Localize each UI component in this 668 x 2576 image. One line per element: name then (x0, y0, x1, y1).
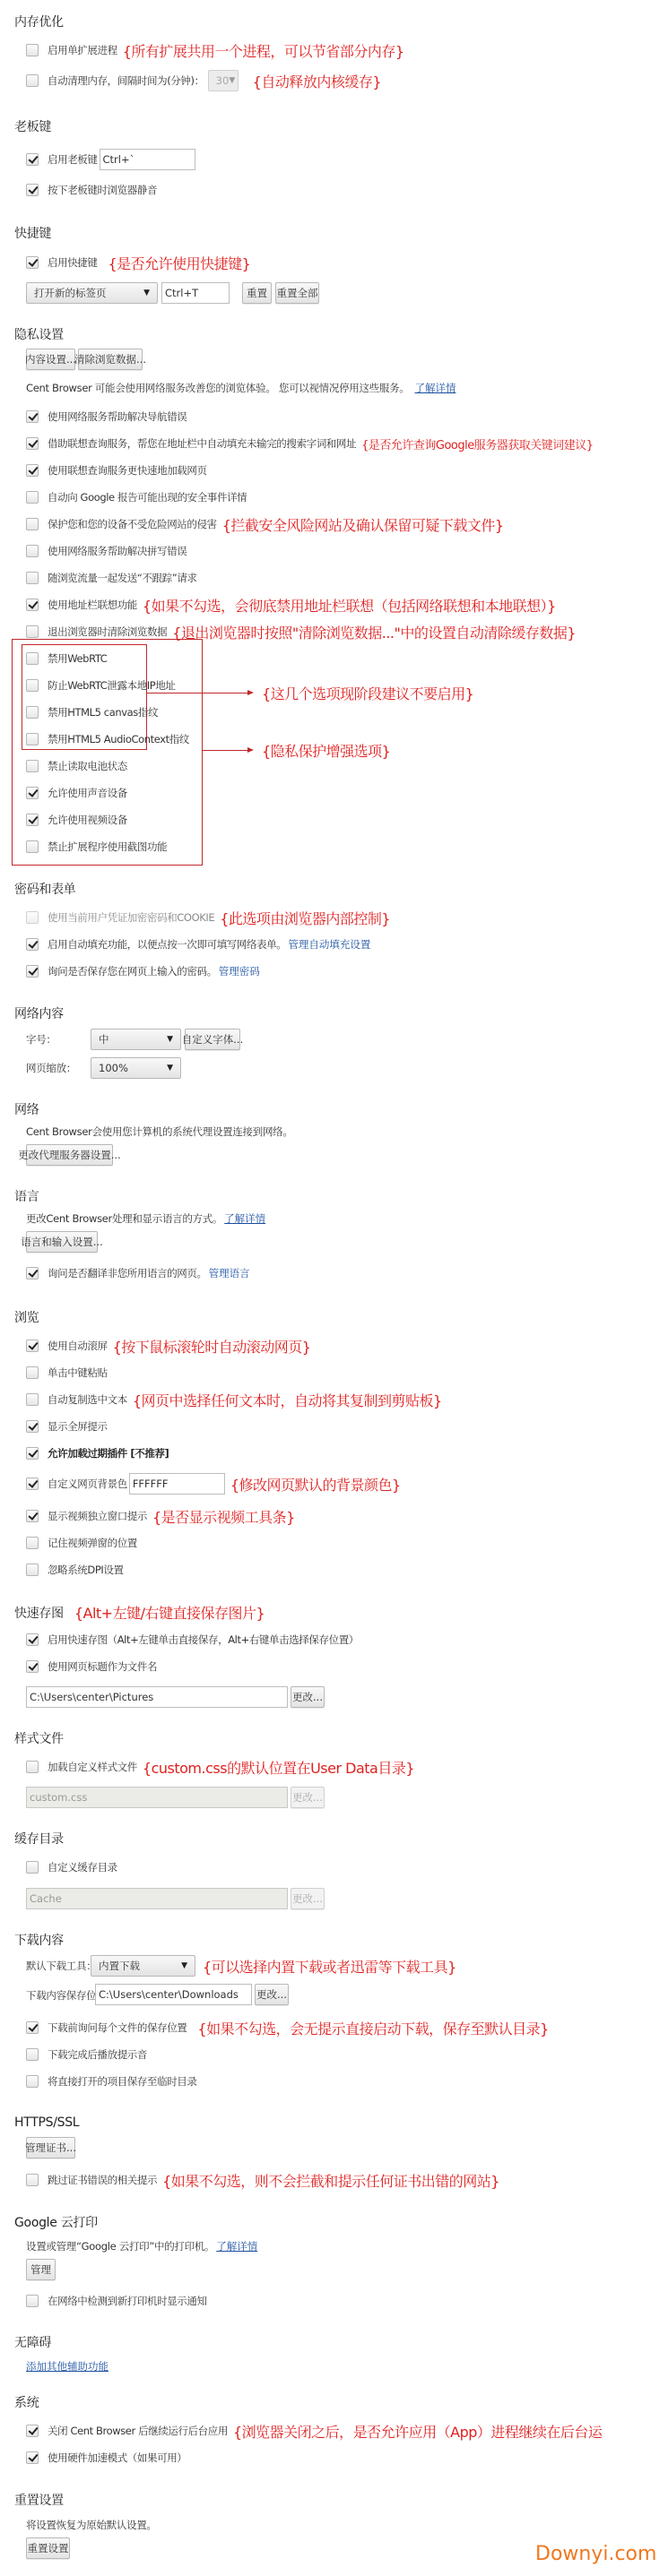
checkbox[interactable] (26, 256, 39, 269)
option-label: 启用老板键 (48, 152, 98, 167)
checkbox[interactable] (26, 814, 39, 826)
section-title-memory: 内存优化 (14, 13, 64, 30)
font-size-controls: 中▼ 自定义字体... (91, 1029, 240, 1050)
boss-key-mute-option[interactable]: 按下老板键时浏览器静音 (26, 181, 157, 199)
option-label: 自动清理内存，间隔时间为(分钟)： (48, 73, 204, 88)
annotation: {按下鼠标滚轮时自动滚动网页} (113, 1336, 311, 1357)
section-title-accessibility: 无障碍 (14, 2333, 51, 2351)
checkbox[interactable] (26, 2021, 39, 2034)
section-title-downloads: 下载内容 (14, 1931, 64, 1949)
checkbox[interactable] (26, 787, 39, 799)
download-tool-select[interactable]: 内置下载▼ (91, 1955, 195, 1977)
browsing-option[interactable]: 忽略系统DPI设置 (26, 1561, 124, 1579)
enhanced-privacy-option[interactable]: 允许使用视频设备 (26, 811, 127, 829)
browsing-option[interactable]: 显示视频独立窗口提示{是否显示视频工具条} (26, 1507, 295, 1525)
arrow-right-icon (247, 747, 254, 753)
network-description: Cent Browser会使用您计算机的系统代理设置连接到网络。 (26, 1124, 293, 1139)
checkbox[interactable] (26, 464, 39, 477)
quick-save-path-row: C:\Users\center\Pictures 更改... (26, 1686, 325, 1708)
manage-autofill-link[interactable]: 管理自动填充设置 (288, 937, 370, 952)
skip-cert-errors-option[interactable]: 跳过证书错误的相关提示{如果不勾选，则不会拦截和提示任何证书出错的网站} (26, 2171, 499, 2189)
browsing-option[interactable]: 自动复制选中文本{网页中选择任何文本时，自动将其复制到剪贴板} (26, 1391, 442, 1409)
hardware-acceleration-option[interactable]: 使用硬件加速模式（如果可用） (26, 2449, 187, 2467)
download-location-row: C:\Users\center\Downloads 更改... (95, 1984, 289, 2005)
chevron-down-icon: ▼ (167, 1035, 173, 1044)
checkbox[interactable] (26, 2048, 39, 2061)
browsing-option[interactable]: 单击中键粘贴 (26, 1364, 108, 1382)
shortcut-editor: 打开新的标签页▼ Ctrl+T 重置 重置全部 (26, 282, 319, 304)
privacy-description: Cent Browser 可能会使用网络服务改善您的浏览体验。 您可以视情况停用… (26, 381, 455, 395)
annotation: {是否显示视频工具条} (152, 1506, 295, 1527)
annotation: {如果不勾选，则不会拦截和提示任何证书出错的网站} (162, 2170, 499, 2191)
checkbox[interactable] (26, 1660, 39, 1673)
quick-save-path-input[interactable]: C:\Users\center\Pictures (26, 1686, 288, 1708)
checkbox[interactable] (26, 1510, 39, 1522)
checkbox[interactable] (26, 410, 39, 423)
checkbox[interactable] (26, 1420, 39, 1433)
proxy-settings-button[interactable]: 更改代理服务器设置... (26, 1144, 113, 1166)
style-path-input[interactable]: custom.css (26, 1787, 288, 1808)
cloud-print-description: 设置或管理“Google 云打印”中的打印机。了解详情 (26, 2239, 257, 2253)
annotation: {修改网页默认的背景颜色} (230, 1474, 401, 1495)
autofill-option[interactable]: 启用自动填充功能，以便点按一次即可填写网络表单。 管理自动填充设置 (26, 935, 370, 953)
checkbox[interactable] (26, 2295, 39, 2307)
annotation: {是否允许查询Google服务器获取关键词建议} (361, 435, 593, 452)
privacy-option[interactable]: 使用联想查询服务更快速地加载网页 (26, 461, 207, 479)
annotation: {custom.css的默认位置在User Data目录} (143, 1757, 414, 1778)
ask-download-location-option[interactable]: 下载前询问每个文件的保存位置{如果不勾选，会无提示直接启动下载，保存至默认目录} (26, 2019, 549, 2037)
section-title-cache-dir: 缓存目录 (14, 1830, 64, 1848)
annotation: {这几个选项现阶段建议不要启用} (262, 683, 473, 703)
checkbox[interactable] (26, 74, 39, 87)
download-sound-option[interactable]: 下载完成后播放提示音 (26, 2046, 147, 2063)
single-extension-process-option[interactable]: 启用单扩展进程 {所有扩展共用一个进程，可以节省部分内存} (26, 41, 404, 59)
add-accessibility-features-link[interactable]: 添加其他辅助功能 (26, 2359, 108, 2374)
checkbox[interactable] (26, 2425, 39, 2437)
checkbox[interactable] (26, 437, 39, 450)
boss-key-input[interactable]: Ctrl+` (100, 149, 195, 170)
checkbox[interactable] (26, 2174, 39, 2186)
enhanced-privacy-option[interactable]: 禁用HTML5 canvas指纹 (26, 703, 158, 721)
reset-button[interactable]: 重置 (242, 282, 272, 304)
checkbox[interactable] (26, 1340, 39, 1352)
annotation: {隐私保护增强选项} (262, 740, 390, 761)
chevron-down-icon: ▼ (143, 289, 150, 297)
content-settings-button[interactable]: 内容设置... (26, 349, 75, 370)
font-size-select[interactable]: 中▼ (91, 1029, 181, 1050)
save-passwords-option[interactable]: 询问是否保存您在网页上输入的密码。 管理密码 (26, 962, 260, 980)
page-zoom-select[interactable]: 100%▼ (91, 1057, 181, 1079)
privacy-buttons: 内容设置... 清除浏览数据... (26, 349, 143, 370)
privacy-option[interactable]: 自动向 Google 报告可能出现的安全事件详情 (26, 488, 247, 506)
annotation: {网页中选择任何文本时，自动将其复制到剪贴板} (133, 1390, 442, 1410)
chevron-down-icon: ▼ (229, 76, 235, 85)
annotation: {如果不勾选，会彻底禁用地址栏联想（包括网络联想和本地联想）} (143, 595, 556, 616)
section-title-language: 语言 (14, 1187, 39, 1205)
translate-option[interactable]: 询问是否翻译非您所用语言的网页。 管理语言 (26, 1264, 250, 1282)
annotation-line (203, 750, 250, 751)
change-button[interactable]: 更改... (255, 1984, 289, 2005)
shortcuts-enable-option[interactable]: 启用快捷键 {是否允许使用快捷键} (26, 254, 250, 271)
checkbox[interactable] (26, 44, 39, 56)
manage-certificates-button[interactable]: 管理证书... (26, 2137, 75, 2158)
section-title-web-content: 网络内容 (14, 1004, 64, 1022)
cache-path-input[interactable]: Cache (26, 1888, 288, 1909)
checkbox[interactable] (26, 965, 39, 978)
section-title-privacy: 隐私设置 (14, 325, 64, 343)
option-label: 启用快捷键 (48, 255, 98, 270)
privacy-option[interactable]: 借助联想查询服务，帮您在地址栏中自动填充未输完的搜索字词和网址{是否允许查询Go… (26, 435, 594, 452)
enhanced-privacy-option[interactable]: 禁用HTML5 AudioContext指纹 (26, 730, 189, 748)
learn-more-link[interactable]: 了解详情 (224, 1212, 265, 1225)
learn-more-link[interactable]: 了解详情 (414, 382, 455, 394)
annotation: {自动释放内核缓存} (253, 71, 381, 91)
chevron-down-icon: ▼ (181, 1961, 187, 1970)
reset-all-button[interactable]: 重置全部 (275, 282, 319, 304)
bg-color-input[interactable]: FFFFFF (129, 1473, 225, 1495)
section-title-cloud-print: Google 云打印 (14, 2213, 98, 2231)
checkbox[interactable] (26, 1447, 39, 1460)
checkbox[interactable] (26, 679, 39, 692)
quick-save-enable-option[interactable]: 启用快速存图（Alt+左键单击直接保存，Alt+右键单击选择保存位置） (26, 1631, 359, 1649)
checkbox[interactable] (26, 2451, 39, 2464)
annotation: {Alt+左键/右键直接保存图片} (74, 1602, 265, 1623)
section-title-style-file: 样式文件 (14, 1729, 64, 1747)
page-zoom-label: 网页缩放： (26, 1061, 76, 1075)
checkbox[interactable] (26, 938, 39, 951)
checkbox[interactable] (26, 491, 39, 504)
section-title-reset: 重置设置 (14, 2491, 64, 2509)
checkbox[interactable] (26, 572, 39, 584)
browsing-option[interactable]: 记住视频弹窗的位置 (26, 1534, 137, 1552)
checkbox[interactable] (26, 625, 39, 638)
option-label: 启用单扩展进程 (48, 43, 117, 57)
annotation: {如果不勾选，会无提示直接启动下载，保存至默认目录} (197, 2018, 548, 2038)
checkbox[interactable] (26, 1861, 39, 1874)
privacy-option[interactable]: 保护您和您的设备不受危险网站的侵害{拦截安全风险网站及确认保留可疑下载文件} (26, 515, 504, 533)
section-title-https: HTTPS/SSL (14, 2115, 79, 2130)
enhanced-privacy-option[interactable]: 禁用WebRTC (26, 650, 107, 668)
encrypt-cookies-option[interactable]: 使用当前用户凭证加密密码和COOKIE {此选项由浏览器内部控制} (26, 909, 390, 926)
chevron-down-icon: ▼ (167, 1064, 173, 1073)
cache-path-row: Cache 更改... (26, 1888, 325, 1909)
privacy-option[interactable]: 退出浏览器时清除浏览数据{退出浏览器时按照"清除浏览数据..."中的设置自动清除… (26, 623, 576, 641)
enhanced-privacy-option[interactable]: 禁止扩展程序使用截图功能 (26, 838, 167, 856)
change-button[interactable]: 更改... (291, 1888, 325, 1909)
annotation: {浏览器关闭之后，是否允许应用（App）进程继续在后台运 (233, 2421, 602, 2442)
download-tool-label: 默认下载工具： (26, 1959, 96, 1973)
privacy-option[interactable]: 使用网络服务帮助解决拼写错误 (26, 542, 187, 560)
browsing-option[interactable]: 使用自动滚屏{按下鼠标滚轮时自动滚动网页} (26, 1337, 310, 1355)
clear-browsing-data-button[interactable]: 清除浏览数据... (78, 349, 143, 370)
learn-more-link[interactable]: 了解详情 (216, 2240, 257, 2253)
enhanced-privacy-option[interactable]: 禁止读取电池状态 (26, 757, 127, 775)
checkbox[interactable] (26, 599, 39, 611)
checkbox[interactable] (26, 1267, 39, 1279)
section-title-network: 网络 (14, 1100, 39, 1118)
download-tool-row: 内置下载▼ {可以选择内置下载或者迅雷等下载工具} (91, 1955, 456, 1977)
font-size-label: 字号： (26, 1032, 56, 1047)
custom-fonts-button[interactable]: 自定义字体... (185, 1029, 240, 1050)
checkbox[interactable] (26, 911, 39, 924)
background-apps-option[interactable]: 关闭 Cent Browser 后继续运行后台应用{浏览器关闭之后，是否允许应用… (26, 2422, 602, 2440)
section-title-shortcuts: 快捷键 (14, 224, 51, 242)
privacy-option[interactable]: 使用地址栏联想功能{如果不勾选，会彻底禁用地址栏联想（包括网络联想和本地联想）} (26, 596, 556, 614)
printer-notify-option[interactable]: 在网络中检测到新打印机时显示通知 (26, 2292, 207, 2310)
reset-settings-button[interactable]: 重置设置 (26, 2537, 70, 2559)
custom-cache-option[interactable]: 自定义缓存目录 (26, 1858, 117, 1876)
checkbox[interactable] (26, 2075, 39, 2088)
checkbox[interactable] (26, 545, 39, 557)
language-input-settings-button[interactable]: 语言和输入设置... (26, 1231, 98, 1253)
checkbox[interactable] (26, 706, 39, 719)
auto-clean-memory-option[interactable]: 自动清理内存，间隔时间为(分钟)： 30▼ {自动释放内核缓存} (26, 72, 381, 90)
option-label: 按下老板键时浏览器静音 (48, 183, 157, 197)
annotation: {所有扩展共用一个进程，可以节省部分内存} (123, 40, 404, 61)
browsing-option[interactable]: 显示全屏提示 (26, 1417, 108, 1435)
download-temp-option[interactable]: 将直接打开的项目保存至临时目录 (26, 2072, 197, 2090)
privacy-option[interactable]: 随浏览流量一起发送“不跟踪”请求 (26, 569, 197, 587)
enhanced-privacy-option[interactable]: 防止WebRTC泄露本地IP地址 (26, 676, 176, 694)
manage-languages-link[interactable]: 管理语言 (209, 1266, 250, 1280)
style-path-row: custom.css 更改... (26, 1787, 325, 1808)
annotation: {退出浏览器时按照"清除浏览数据..."中的设置自动清除缓存数据} (172, 622, 576, 642)
section-title-system: 系统 (14, 2393, 39, 2411)
checkbox[interactable] (26, 652, 39, 665)
section-title-passwords: 密码和表单 (14, 880, 76, 898)
section-title-browsing: 浏览 (14, 1308, 39, 1326)
annotation: {可以选择内置下载或者迅雷等下载工具} (203, 1956, 456, 1977)
checkbox[interactable] (26, 153, 39, 166)
annotation: {拦截安全风险网站及确认保留可疑下载文件} (222, 514, 504, 535)
shortcut-key-input[interactable]: Ctrl+T (161, 282, 230, 304)
checkbox[interactable] (26, 1366, 39, 1379)
enhanced-privacy-option[interactable]: 允许使用声音设备 (26, 784, 127, 802)
reset-description: 将设置恢复为原始默认设置。 (26, 2518, 157, 2532)
checkbox[interactable] (26, 733, 39, 745)
interval-select[interactable]: 30▼ (208, 70, 239, 91)
annotation: {此选项由浏览器内部控制} (220, 908, 390, 928)
checkbox[interactable] (26, 518, 39, 530)
change-button[interactable]: 更改... (291, 1787, 325, 1808)
language-description: 更改Cent Browser处理和显示语言的方式。了解详情 (26, 1211, 265, 1226)
privacy-option[interactable]: 使用网络服务帮助解决导航错误 (26, 408, 187, 426)
quick-save-title-option[interactable]: 使用网页标题作为文件名 (26, 1658, 157, 1676)
manage-passwords-link[interactable]: 管理密码 (219, 964, 260, 978)
watermark-logo: Downyi.com (535, 2543, 656, 2565)
checkbox[interactable] (26, 760, 39, 772)
annotation: {是否允许使用快捷键} (108, 253, 251, 273)
quick-save-header: 快速存图 {Alt+左键/右键直接保存图片} (14, 1602, 265, 1623)
checkbox[interactable] (26, 1393, 39, 1406)
boss-key-enable-option[interactable]: 启用老板键 Ctrl+` (26, 151, 195, 168)
checkbox[interactable] (26, 840, 39, 853)
shortcut-action-select[interactable]: 打开新的标签页▼ (26, 282, 158, 304)
section-title-boss-key: 老板键 (14, 117, 51, 135)
checkbox[interactable] (26, 1478, 39, 1490)
checkbox[interactable] (26, 1537, 39, 1549)
checkbox[interactable] (26, 1761, 39, 1773)
arrow-right-icon (247, 690, 254, 695)
custom-bg-color-option[interactable]: 自定义网页背景色 FFFFFF {修改网页默认的背景颜色} (26, 1472, 401, 1495)
manage-printers-button[interactable]: 管理 (26, 2259, 56, 2280)
change-button[interactable]: 更改... (291, 1686, 325, 1708)
checkbox[interactable] (26, 1564, 39, 1576)
section-title-quick-save: 快速存图 (14, 1604, 64, 1622)
download-location-input[interactable]: C:\Users\center\Downloads (95, 1984, 252, 2005)
browsing-option[interactable]: 允许加载过期插件 [不推荐] (26, 1444, 169, 1462)
custom-style-option[interactable]: 加载自定义样式文件{custom.css的默认位置在User Data目录} (26, 1758, 414, 1776)
checkbox[interactable] (26, 184, 39, 196)
checkbox[interactable] (26, 1633, 39, 1646)
